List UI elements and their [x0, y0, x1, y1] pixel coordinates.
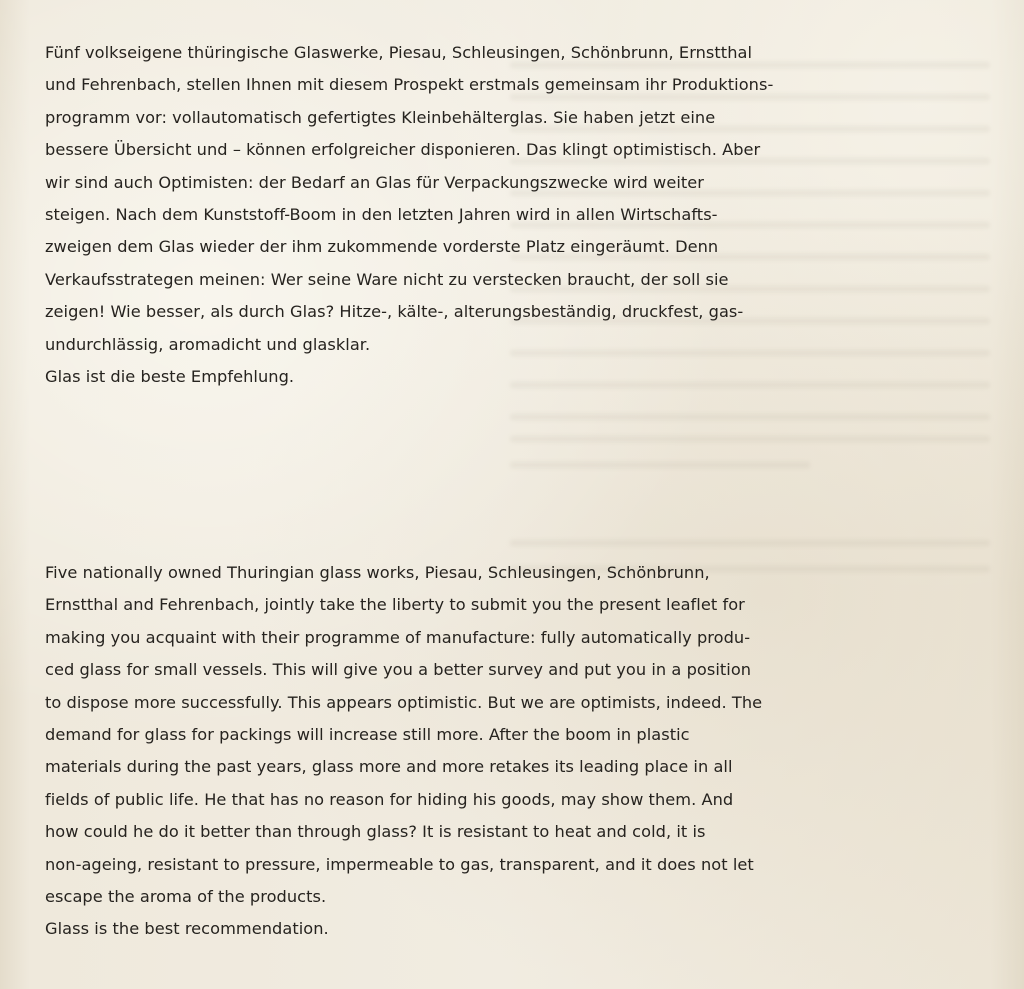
- text-line: ced glass for small vessels. This will g…: [45, 654, 945, 686]
- text-line: zweigen dem Glas wieder der ihm zukommen…: [45, 231, 945, 263]
- text-line: Fünf volkseigene thüringische Glaswerke,…: [45, 37, 945, 69]
- show-through-mark: [510, 462, 810, 468]
- closing-line: Glass is the best recommendation.: [45, 913, 945, 945]
- german-paragraph: Fünf volkseigene thüringische Glaswerke,…: [45, 37, 945, 393]
- text-line: bessere Übersicht und – können erfolgrei…: [45, 134, 945, 166]
- text-line: how could he do it better than through g…: [45, 816, 945, 848]
- text-line: wir sind auch Optimisten: der Bedarf an …: [45, 167, 945, 199]
- text-line: non-ageing, resistant to pressure, imper…: [45, 849, 945, 881]
- show-through-mark: [510, 540, 990, 546]
- text-line: making you acquaint with their programme…: [45, 622, 945, 654]
- text-line: steigen. Nach dem Kunststoff-Boom in den…: [45, 199, 945, 231]
- text-line: und Fehrenbach, stellen Ihnen mit diesem…: [45, 69, 945, 101]
- show-through-mark: [510, 436, 990, 442]
- text-line: undurchlässig, aromadicht und glasklar.: [45, 329, 945, 361]
- text-line: Verkaufsstrategen meinen: Wer seine Ware…: [45, 264, 945, 296]
- english-paragraph: Five nationally owned Thuringian glass w…: [45, 557, 945, 946]
- closing-line: Glas ist die beste Empfehlung.: [45, 361, 945, 393]
- text-line: to dispose more successfully. This appea…: [45, 687, 945, 719]
- text-line: fields of public life. He that has no re…: [45, 784, 945, 816]
- text-line: Ernstthal and Fehrenbach, jointly take t…: [45, 589, 945, 621]
- show-through-mark: [510, 414, 990, 420]
- text-line: materials during the past years, glass m…: [45, 751, 945, 783]
- text-line: zeigen! Wie besser, als durch Glas? Hitz…: [45, 296, 945, 328]
- text-line: programm vor: vollautomatisch gefertigte…: [45, 102, 945, 134]
- text-line: escape the aroma of the products.: [45, 881, 945, 913]
- text-line: Five nationally owned Thuringian glass w…: [45, 557, 945, 589]
- text-line: demand for glass for packings will incre…: [45, 719, 945, 751]
- scanned-page: Fünf volkseigene thüringische Glaswerke,…: [0, 0, 1024, 989]
